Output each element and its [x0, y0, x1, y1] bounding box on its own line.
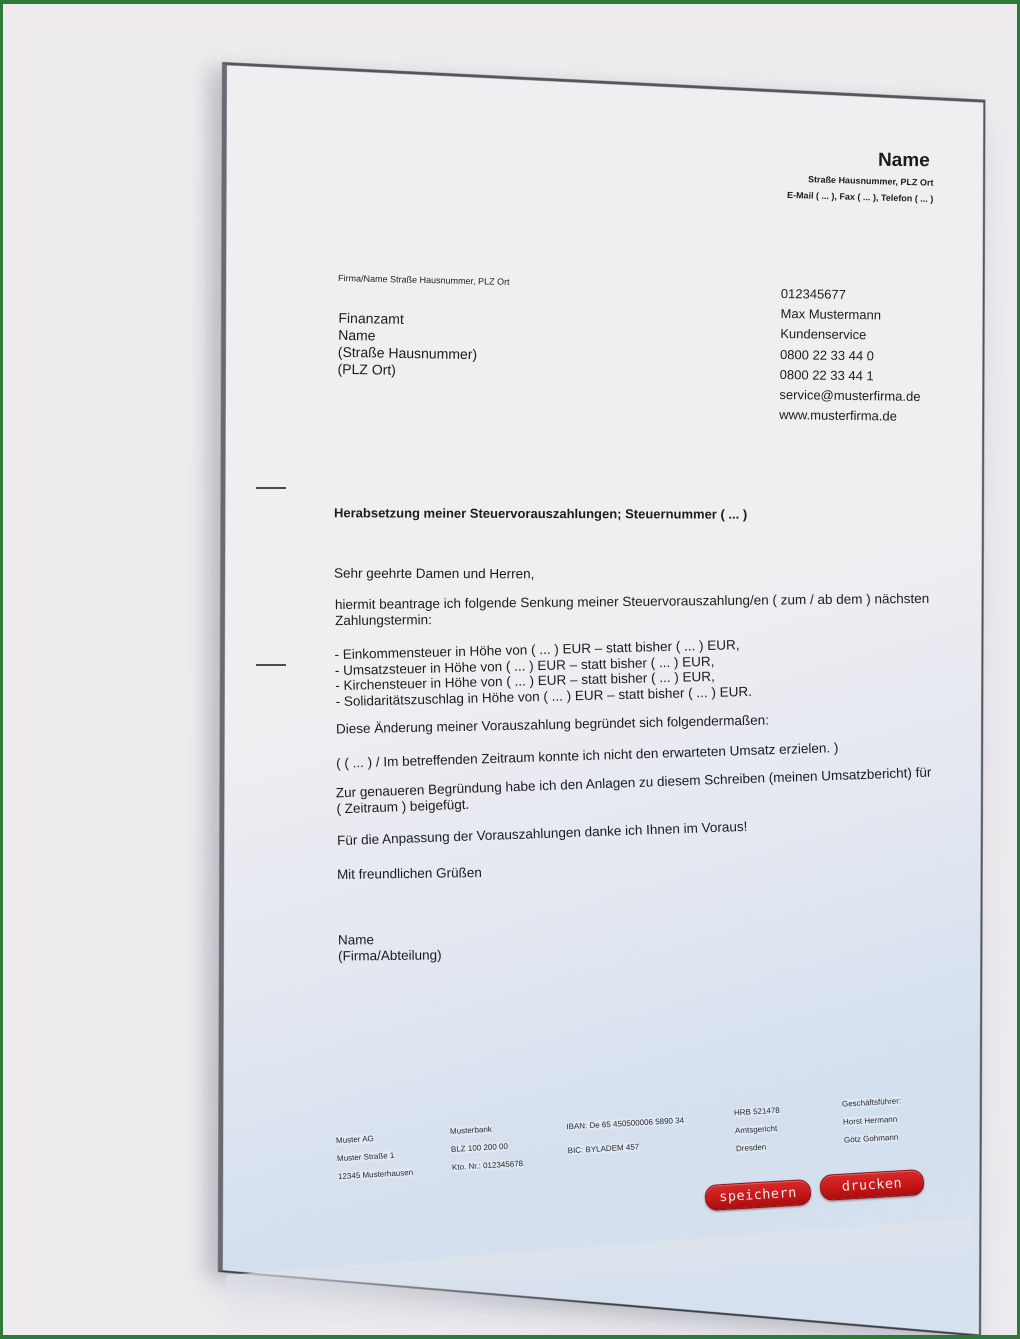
letter-subject: Herabsetzung meiner Steuervorauszahlunge…	[334, 505, 747, 521]
email-address: service@musterfirma.de	[779, 385, 920, 407]
reference-number: 012345677	[781, 284, 922, 306]
contact-block: 012345677 Max Mustermann Kundenservice 0…	[779, 284, 922, 427]
attachment-paragraph: Zur genaueren Begründung habe ich den An…	[336, 765, 933, 818]
reason: ( ( ... ) / Im betreffenden Zeitraum kon…	[336, 740, 839, 772]
closing: Mit freundlichen Grüßen	[337, 865, 482, 883]
footer-text: HRB 521478	[734, 1106, 780, 1118]
footer-text: BIC: BYLADEM 457	[567, 1142, 639, 1155]
footer-text: BLZ 100 200 00	[451, 1142, 508, 1154]
footer-text: Kto. Nr.: 012345678	[452, 1159, 524, 1172]
reason-intro: Diese Änderung meiner Vorauszahlung begr…	[336, 712, 769, 737]
save-button[interactable]: speichern	[704, 1179, 811, 1211]
footer-text: Amtsgericht	[735, 1124, 778, 1135]
footer-iban: IBAN: De 65 450500006 5890 34 BIC: BYLAD…	[566, 1109, 686, 1164]
fax-number: 0800 22 33 44 1	[780, 365, 921, 387]
footer-register: HRB 521478 Amtsgericht Dresden	[734, 1102, 783, 1158]
website: www.musterfirma.de	[779, 405, 920, 427]
intro-paragraph: hiermit beantrage ich folgende Senkung m…	[335, 591, 930, 629]
fold-mark	[256, 487, 286, 489]
recipient-address: Finanzamt Name (Straße Hausnummer) (PLZ …	[337, 310, 477, 380]
letter-content: Name Straße Hausnummer, PLZ Ort E-Mail (…	[0, 0, 1020, 1339]
fold-mark	[256, 664, 286, 666]
footer-text: 12345 Musterhausen	[338, 1168, 414, 1181]
salutation: Sehr geehrte Damen und Herren,	[334, 566, 534, 583]
footer-text: Götz Gohmann	[844, 1133, 899, 1145]
footer-company: Muster AG Muster Straße 1 12345 Musterha…	[336, 1128, 414, 1186]
sender-address: Straße Hausnummer, PLZ Ort	[808, 174, 934, 188]
contact-person: Max Mustermann	[780, 304, 921, 326]
recipient-line: (PLZ Ort)	[337, 361, 477, 380]
department: Kundenservice	[780, 324, 921, 346]
print-button[interactable]: drucken	[819, 1169, 924, 1201]
tax-list: - Einkommensteuer in Höhe von ( ... ) EU…	[334, 637, 752, 709]
sender-contact: E-Mail ( ... ), Fax ( ... ), Telefon ( .…	[787, 190, 934, 204]
footer-text: IBAN: De 65 450500006 5890 34	[566, 1116, 684, 1132]
footer-management: Geschäftsführer: Horst Hermann Götz Gohm…	[842, 1092, 904, 1149]
footer-text: Horst Hermann	[843, 1115, 898, 1127]
thanks-line: Für die Anpassung der Vorauszahlungen da…	[337, 819, 748, 849]
footer-text: Musterbank	[450, 1125, 492, 1136]
signature-department: (Firma/Abteilung)	[338, 947, 442, 964]
signature-block: Name (Firma/Abteilung)	[338, 931, 442, 964]
footer-text: Muster AG	[336, 1134, 374, 1145]
phone-number: 0800 22 33 44 0	[780, 345, 921, 367]
footer-text: Muster Straße 1	[337, 1151, 395, 1163]
footer-text: Geschäftsführer:	[842, 1096, 902, 1108]
footer-bank: Musterbank BLZ 100 200 00 Kto. Nr.: 0123…	[450, 1119, 524, 1177]
footer-text: Dresden	[736, 1143, 767, 1154]
sender-name: Name	[878, 150, 930, 173]
return-address: Firma/Name Straße Hausnummer, PLZ Ort	[338, 273, 510, 287]
signature-name: Name	[338, 931, 442, 948]
